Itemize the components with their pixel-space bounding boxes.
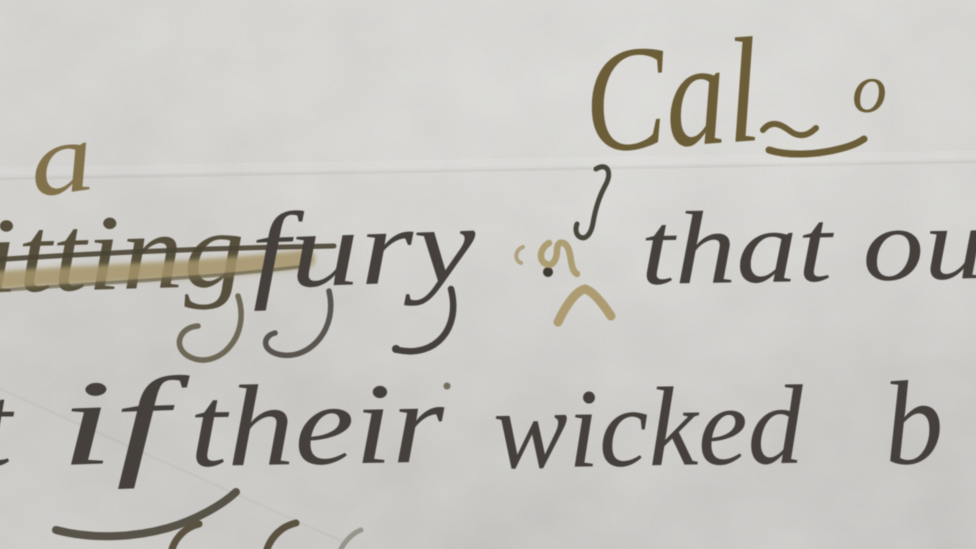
text-that-ou: that ou [639,186,976,307]
manuscript-photo: Cal o a itting fury that ou t [0,0,976,549]
inserted-word-cal: Cal [579,7,765,185]
insertion-superscript-o: o [852,51,887,128]
word-their: their [188,360,446,492]
partial-letter-b: b [879,354,948,491]
word-fury: fury [249,185,478,312]
period-dot [543,267,553,277]
fury-y-hook-terminal [392,345,400,353]
word-wicked: wicked [492,363,805,493]
handwriting-ink-layer: Cal o a itting fury that ou t [0,0,976,549]
stray-ink-dot [444,383,451,390]
